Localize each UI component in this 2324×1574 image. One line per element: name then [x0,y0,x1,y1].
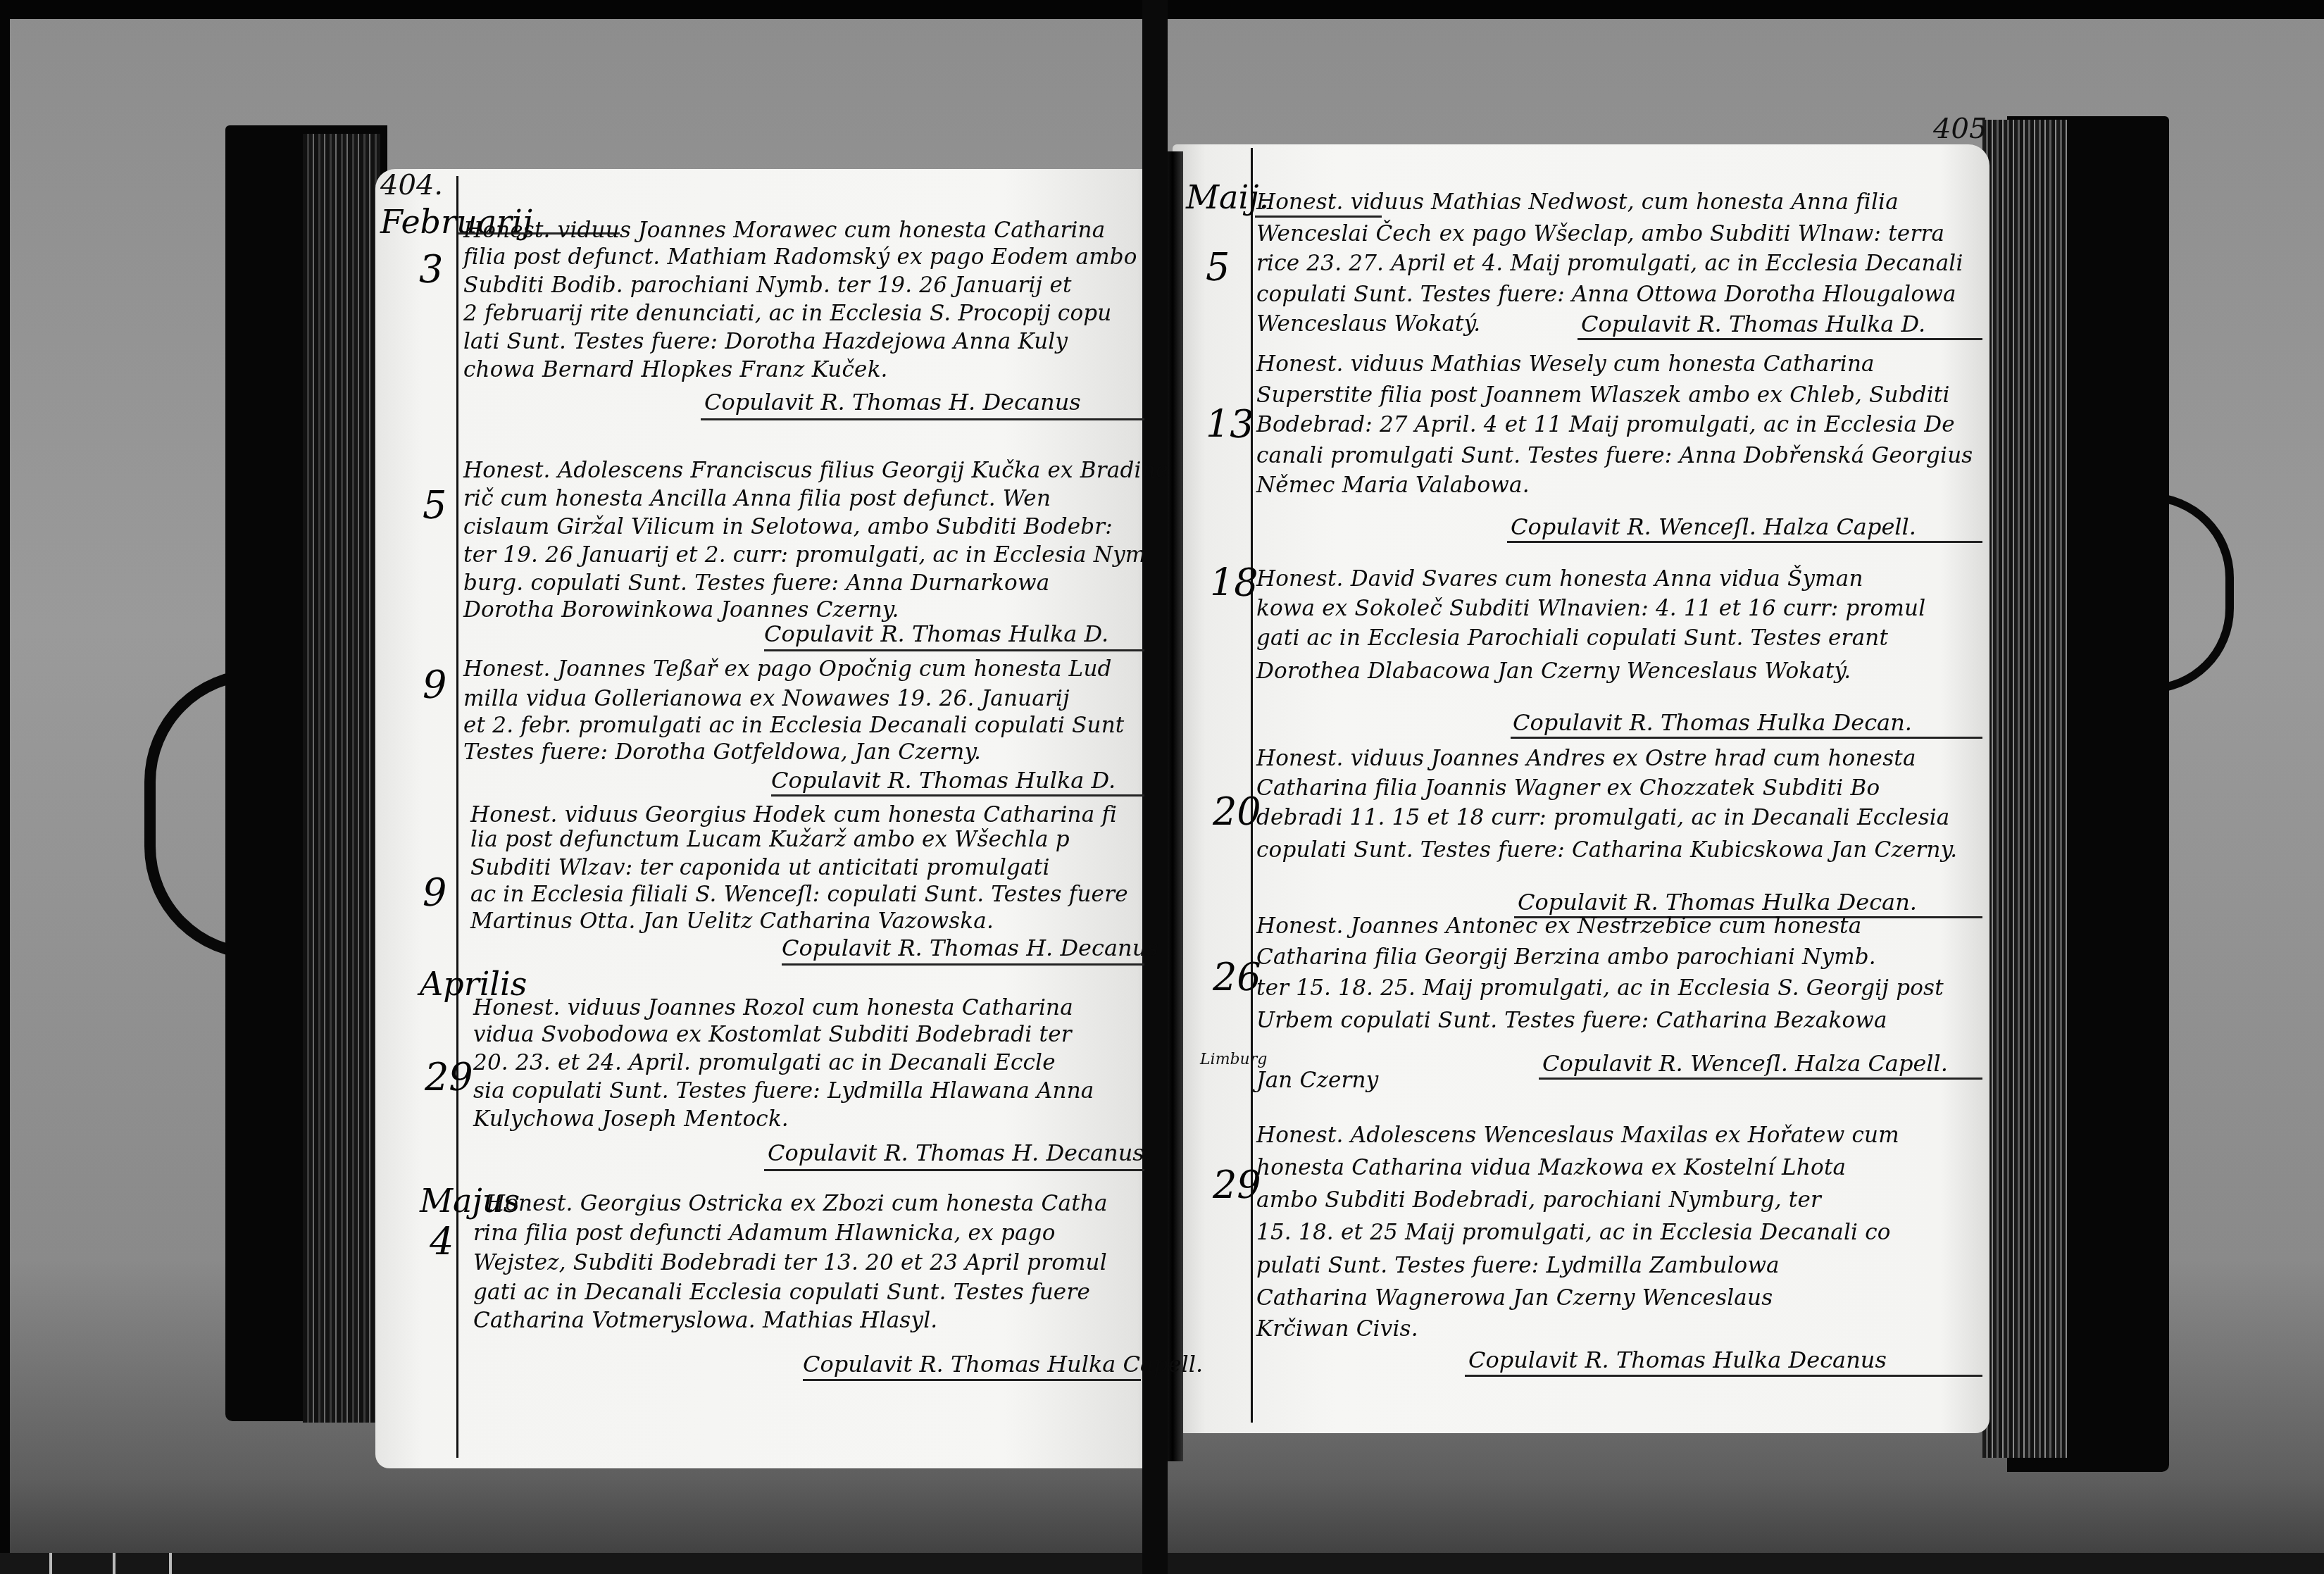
entry-line: Catharina filia Joannis Wagner ex Chozza… [1256,775,1880,801]
entry-line: Testes fuere: Dorotha Gotfeldowa, Jan Cz… [463,739,981,766]
officiant-signature: Copulavit R. Thomas Hulka Decan. [1518,889,1917,916]
entry-line: Honest. viduus Joannes Andres ex Ostre h… [1256,745,1916,772]
entry-line: rina filia post defuncti Adamum Hlawnick… [473,1220,1056,1247]
entry-line: gati ac in Ecclesia Parochiali copulati … [1256,625,1888,651]
left-margin-rule [456,176,458,1458]
entry-day: 3 [419,250,443,289]
entry-separator [803,1379,1141,1381]
entry-day: 29 [1213,1166,1261,1205]
page-number-right: 405 [1933,113,1987,145]
margin-note: Limburg [1200,1051,1267,1068]
entry-line: Němec Maria Valabowa. [1256,472,1530,499]
entry-day: 9 [423,666,446,705]
entry-separator [1578,338,1982,340]
entry-line: ac in Ecclesia filiali S. Wenceſl: copul… [470,881,1128,908]
entry-line: et 2. febr. promulgati ac in Ecclesia De… [463,712,1125,739]
entry-line: Dorotha Borowinkowa Joannes Czerny. [463,597,899,623]
entry-line: Subditi Bodib. parochiani Nymb. ter 19. … [463,272,1072,299]
entry-line: Honest. viduus Mathias Nedwost, cum hone… [1256,189,1899,216]
entry-line: Krčiwan Civis. [1256,1316,1418,1342]
officiant-signature: Copulavit R. Thomas Hulka D. [1581,311,1925,337]
entry-day: 29 [425,1058,473,1097]
entry-line: Bodebrad: 27 April. 4 et 11 Maij promulg… [1256,411,1955,438]
entry-line: Wenceslai Čech ex pago Wšeclap, ambo Sub… [1256,220,1944,247]
entry-separator [764,1169,1144,1171]
entry-line: Honest. Joannes Antonec ex Nestrzebice c… [1256,913,1861,939]
officiant-signature: Copulavit R. Thomas H. Decanus [704,389,1081,416]
entry-line: Dorothea Dlabacowa Jan Czerny Wenceslaus… [1256,658,1851,685]
officiant-signature: Copulavit R. Wenceſl. Halza Capell. [1511,513,1916,540]
entry-line: Honest. viduus Joannes Morawec cum hones… [463,217,1105,244]
officiant-signature: Copulavit R. Wenceſl. Halza Capell. [1542,1050,1948,1077]
entry-separator [771,794,1144,797]
entry-line: cislaum Giržal Vilicum in Selotowa, ambo… [463,513,1113,540]
entry-day: 9 [423,873,446,913]
entry-line: Wejstez, Subditi Bodebradi ter 13. 20 et… [473,1249,1107,1276]
film-frame-divider [1142,0,1168,1574]
entry-day: 4 [430,1223,454,1262]
entry-line: Honest. Adolescens Wenceslaus Maxilas ex… [1256,1122,1899,1149]
entry-line: Catharina Wagnerowa Jan Czerny Wenceslau… [1256,1285,1773,1311]
entry-day: 20 [1213,792,1261,832]
entry-separator [1539,1078,1982,1080]
entry-line: Kulychowa Joseph Mentock. [473,1106,789,1132]
entry-day: 18 [1210,563,1258,603]
ruler-tick [49,1553,52,1574]
entry-line: Honest. David Svares cum honesta Anna vi… [1256,566,1863,592]
entry-line: Honest. Adolescens Franciscus filius Geo… [463,457,1168,484]
entry-line: rice 23. 27. April et 4. Maij promulgati… [1256,250,1963,277]
entry-line: honesta Catharina vidua Mazkowa ex Koste… [1256,1154,1846,1181]
entry-line: filia post defunct. Mathiam Radomský ex … [463,244,1137,270]
entry-line: burg. copulati Sunt. Testes fuere: Anna … [463,570,1049,597]
officiant-signature: Copulavit R. Thomas Hulka D. [771,767,1116,794]
entry-line: milla vidua Gollerianowa ex Nowawes 19. … [463,685,1070,712]
entry-separator [1507,541,1982,543]
entry-line: debradi 11. 15 et 18 curr: promulgati, a… [1256,804,1950,831]
entry-line: sia copulati Sunt. Testes fuere: Lydmill… [473,1078,1094,1104]
entry-day: 5 [423,486,446,525]
ruler-tick [113,1553,115,1574]
entry-line: vidua Svobodowa ex Kostomlat Subditi Bod… [473,1021,1072,1048]
officiant-signature: Copulavit R. Thomas Hulka D. [764,620,1108,647]
entry-separator [1465,1375,1982,1377]
entry-line: Wenceslaus Wokatý. [1256,311,1480,337]
entry-day: 26 [1213,958,1261,997]
entry-line: 20. 23. et 24. April. promulgati ac in D… [473,1049,1056,1076]
entry-line: Honest. viduus Georgius Hodek cum honest… [470,801,1117,828]
ruler-tick [169,1553,172,1574]
entry-separator [764,649,1144,651]
page-edges-left [303,134,380,1423]
entry-line: Honest. viduus Mathias Wesely cum honest… [1256,351,1875,377]
entry-line: copulati Sunt. Testes fuere: Anna Ottowa… [1256,281,1956,308]
entry-line: Honest. Joannes Teßař ex pago Opočnig cu… [463,656,1112,682]
officiant-signature: Copulavit R. Thomas Hulka Decanus [1468,1347,1887,1373]
entry-line: Honest. Georgius Ostricka ex Zbozi cum h… [486,1190,1108,1217]
officiant-signature: Copulavit R. Thomas Hulka Capell. [803,1351,1203,1378]
right-margin-rule [1251,148,1253,1423]
officiant-signature: Copulavit R. Thomas Hulka Decan. [1513,709,1912,736]
entry-line: ter 19. 26 Januarij et 2. curr: promulga… [463,542,1146,568]
entry-line: Martinus Otta. Jan Uelitz Catharina Vazo… [470,908,994,935]
entry-line: pulati Sunt. Testes fuere: Lydmilla Zamb… [1256,1252,1780,1279]
entry-line: Superstite filia post Joannem Wlaszek am… [1256,382,1950,408]
entry-line: canali promulgati Sunt. Testes fuere: An… [1256,442,1973,469]
entry-line: kowa ex Sokoleč Subditi Wlnavien: 4. 11 … [1256,595,1925,622]
page-edges-right [1982,120,2067,1458]
entry-line: ter 15. 18. 25. Maij promulgati, ac in E… [1256,975,1944,1001]
entry-line: Urbem copulati Sunt. Testes fuere: Catha… [1256,1007,1887,1034]
entry-line: ambo Subditi Bodebradi, parochiani Nymbu… [1256,1187,1821,1213]
officiant-signature: Copulavit R. Thomas H. Decanus. [768,1139,1151,1166]
entry-line: gati ac in Decanali Ecclesia copulati Su… [473,1279,1090,1306]
entry-line: chowa Bernard Hlopkes Franz Kuček. [463,356,888,383]
entry-line: lati Sunt. Testes fuere: Dorotha Hazdejo… [463,328,1068,355]
entry-line: copulati Sunt. Testes fuere: Catharina K… [1256,837,1957,863]
entry-line: Honest. viduus Joannes Rozol cum honesta… [473,994,1073,1021]
entry-line: rič cum honesta Ancilla Anna filia post … [463,485,1051,512]
entry-separator [701,418,1144,420]
entry-separator [782,963,1144,966]
officiant-signature: Copulavit R. Thomas H. Decanus [782,935,1158,961]
entry-day: 13 [1206,405,1254,444]
scan-left-border [0,0,10,1574]
entry-line: Catharina Votmeryslowa. Mathias Hlasyl. [473,1307,937,1334]
entry-line: Catharina filia Georgij Berzina ambo par… [1256,944,1876,970]
entry-line: 15. 18. et 25 Maij promulgati, ac in Ecc… [1256,1219,1891,1246]
entry-line: 2 februarij rite denunciati, ac in Eccle… [463,300,1112,327]
entry-line: lia post defunctum Lucam Kužarž ambo ex … [470,826,1070,853]
entry-separator [1511,737,1982,739]
entry-line: Jan Czerny [1256,1067,1378,1094]
header-underline [1255,216,1382,218]
page-number-left: 404. [380,169,443,201]
entry-day: 5 [1206,248,1230,287]
entry-line: Subditi Wlzav: ter caponida ut anticitat… [470,854,1050,881]
